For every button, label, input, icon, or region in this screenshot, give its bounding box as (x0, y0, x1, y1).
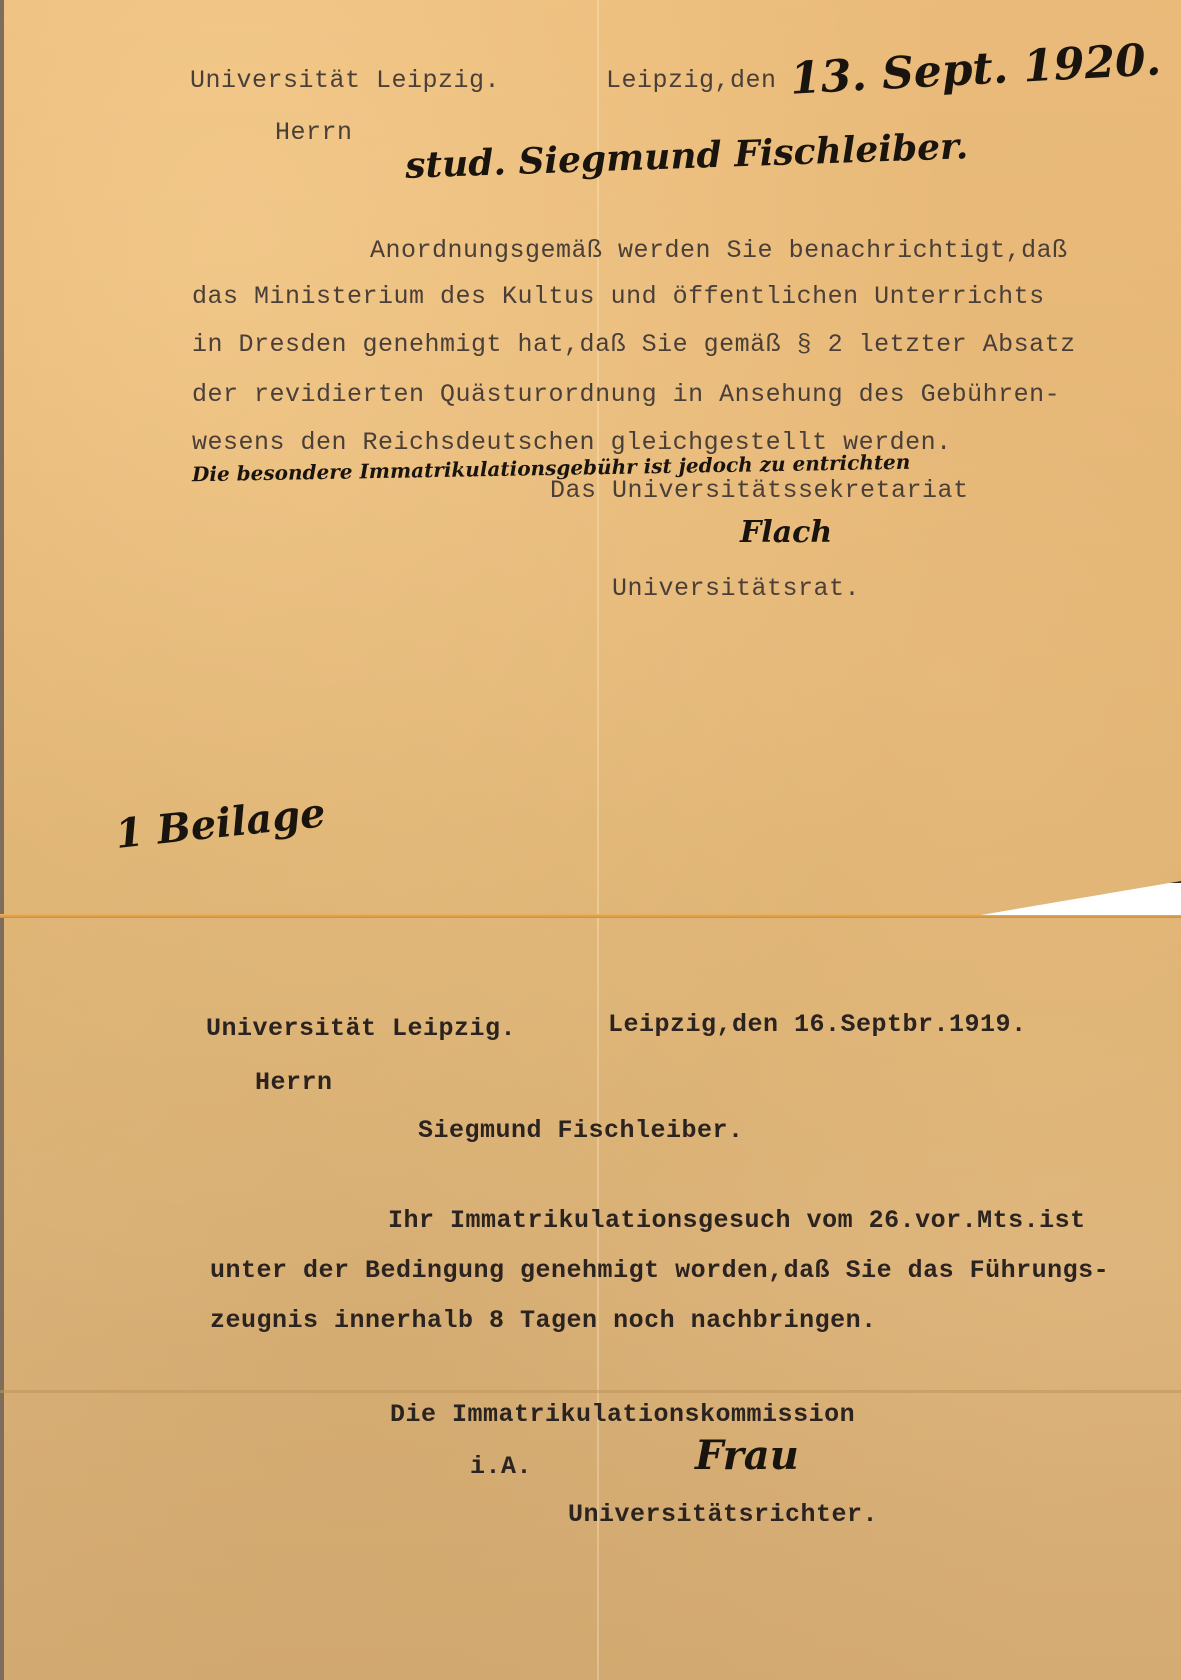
place-date: Leipzig,den 16.Septbr.1919. (608, 1010, 1027, 1039)
salutation: Herrn (255, 1068, 333, 1097)
body-line: der revidierten Quästurordnung in Ansehu… (192, 380, 1060, 409)
sender-heading: Universität Leipzig. (190, 66, 500, 95)
signature: Frau (695, 1432, 799, 1479)
signatory-office: Das Universitätssekretariat (550, 476, 969, 505)
sender-heading: Universität Leipzig. (206, 1014, 516, 1043)
signatory-title: Universitätsrichter. (568, 1500, 878, 1529)
body-line: Anordnungsgemäß werden Sie benachrichtig… (370, 236, 1068, 265)
body-line: unter der Bedingung genehmigt worden,daß… (210, 1256, 1109, 1285)
lower-fold-line (0, 1390, 1181, 1393)
on-behalf: i.A. (470, 1452, 532, 1481)
body-line: Ihr Immatrikulationsgesuch vom 26.vor.Mt… (388, 1206, 1086, 1235)
scan-edge (0, 0, 4, 1680)
place-date-prefix: Leipzig,den (606, 66, 777, 95)
body-line: in Dresden genehmigt hat,daß Sie gemäß §… (192, 330, 1076, 359)
signatory-office: Die Immatrikulationskommission (390, 1400, 855, 1429)
salutation: Herrn (275, 118, 353, 147)
signatory-title: Universitätsrat. (612, 574, 860, 603)
signature: Flach (740, 515, 832, 550)
body-line: zeugnis innerhalb 8 Tagen noch nachbring… (210, 1306, 877, 1335)
body-line: das Ministerium des Kultus und öffentlic… (192, 282, 1045, 311)
recipient: Siegmund Fischleiber. (418, 1116, 744, 1145)
